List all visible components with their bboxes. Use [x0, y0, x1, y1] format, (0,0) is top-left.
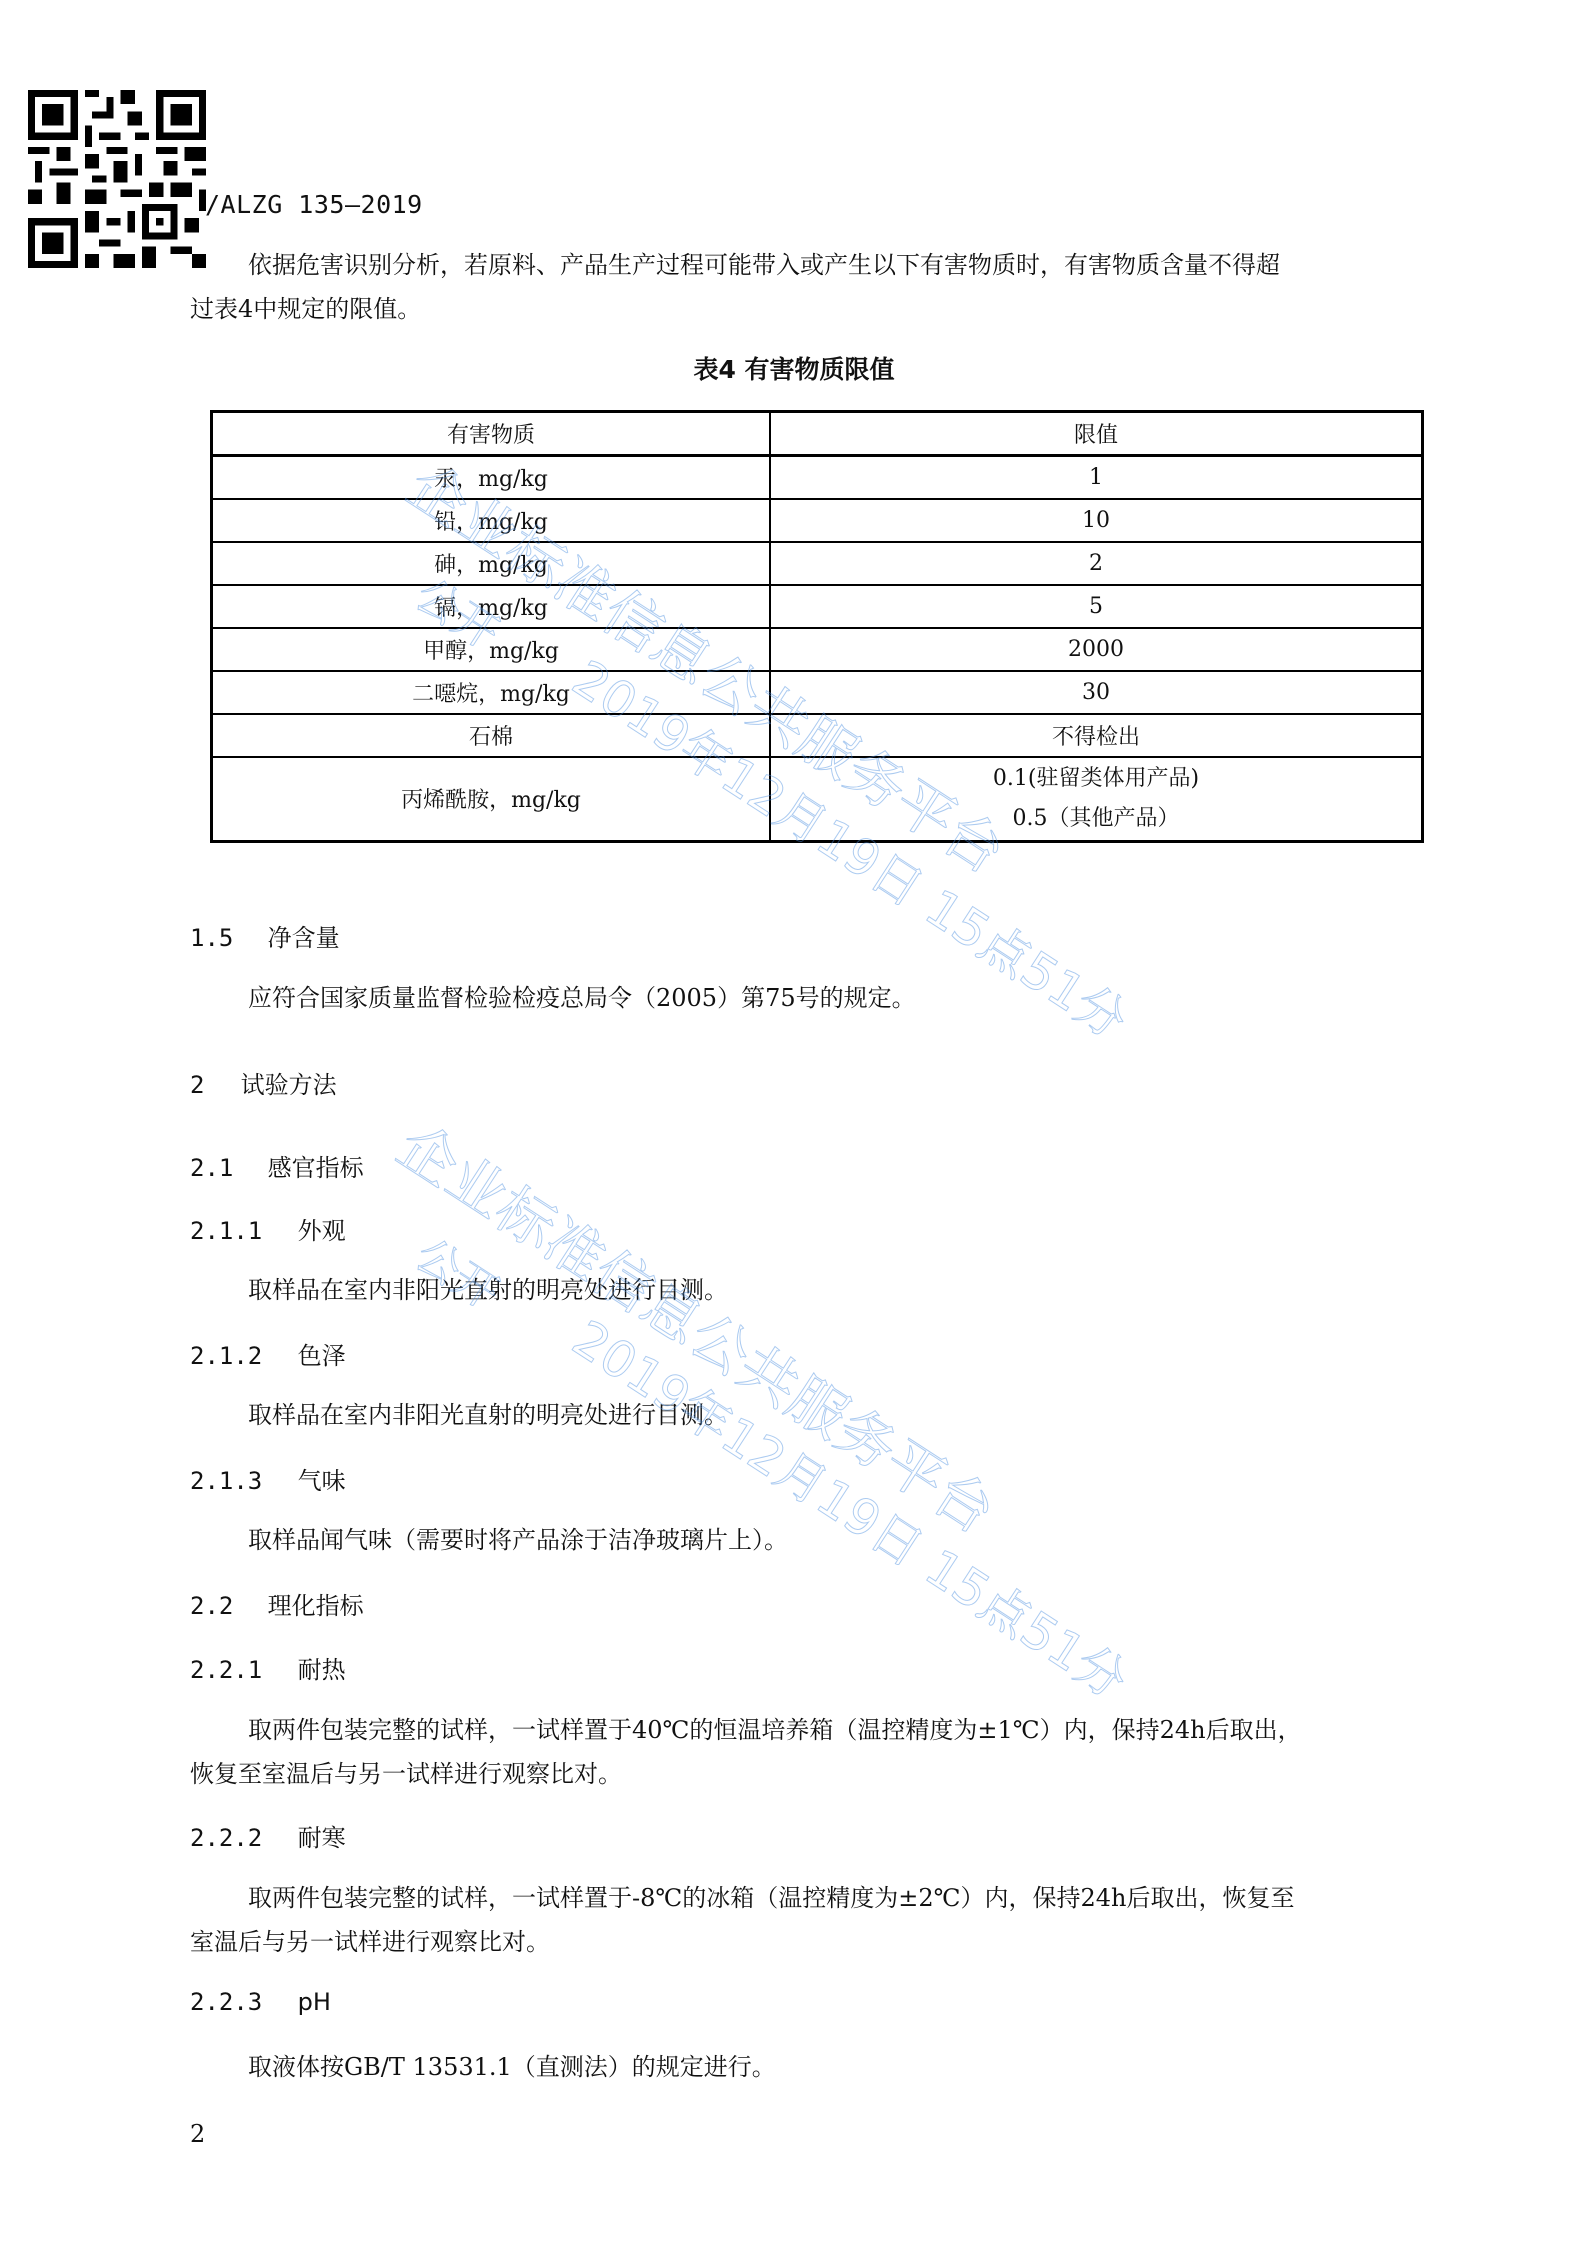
table-row: 甲醇，mg/kg2000 — [212, 628, 1423, 671]
section-number: 1.5 — [190, 924, 260, 952]
watermark-platform: 企业标准信息公共服务平台 — [384, 1100, 1013, 1550]
section-number: 2.2.2 — [190, 1824, 290, 1852]
hazardous-substances-table: 有害物质 限值 汞，mg/kg1 铅，mg/kg10 砷，mg/kg2 镉，mg… — [210, 410, 1424, 843]
column-header-limit: 限值 — [770, 412, 1423, 456]
body-2-1-2: 取样品在室内非阳光直射的明亮处进行目测。 — [190, 1393, 728, 1437]
table-row: 汞，mg/kg1 — [212, 456, 1423, 500]
heading-2: 2 试验方法 — [190, 1065, 337, 1100]
section-number: 2.2.3 — [190, 1988, 290, 2016]
intro-line-2: 过表4中规定的限值。 — [190, 287, 1450, 331]
section-number: 2.1.2 — [190, 1342, 290, 1370]
table-row: 铅，mg/kg10 — [212, 499, 1423, 542]
limit-cell: 10 — [770, 499, 1423, 542]
table-row: 镉，mg/kg5 — [212, 585, 1423, 628]
substance-cell: 石棉 — [212, 714, 771, 757]
limit-cell: 1 — [770, 456, 1423, 500]
section-title: pH — [298, 1988, 331, 2016]
page-number: 2 — [190, 2120, 205, 2148]
limit-line-other: 0.5（其他产品） — [771, 799, 1421, 839]
section-title: 感官指标 — [268, 1154, 364, 1182]
heading-2-2-2: 2.2.2 耐寒 — [190, 1818, 346, 1853]
column-header-substance: 有害物质 — [212, 412, 771, 456]
heading-2-2-3: 2.2.3 pH — [190, 1988, 331, 2016]
section-title: 气味 — [298, 1467, 346, 1495]
heading-2-2: 2.2 理化指标 — [190, 1586, 364, 1621]
substance-cell: 铅，mg/kg — [212, 499, 771, 542]
intro-paragraph: 依据危害识别分析，若原料、产品生产过程可能带入或产生以下有害物质时，有害物质含量… — [190, 243, 1450, 331]
section-title: 试验方法 — [241, 1071, 337, 1099]
qr-code-icon — [28, 90, 206, 268]
heading-2-1-2: 2.1.2 色泽 — [190, 1336, 346, 1371]
intro-line-1: 依据危害识别分析，若原料、产品生产过程可能带入或产生以下有害物质时，有害物质含量… — [190, 243, 1450, 287]
section-title: 外观 — [298, 1217, 346, 1245]
heading-2-1-1: 2.1.1 外观 — [190, 1211, 346, 1246]
section-number: 2.1.3 — [190, 1467, 290, 1495]
heading-2-1-3: 2.1.3 气味 — [190, 1461, 346, 1496]
body-line: 恢复至室温后与另一试样进行观察比对。 — [190, 1752, 1460, 1796]
substance-cell: 丙烯酰胺，mg/kg — [212, 757, 771, 841]
limit-cell: 5 — [770, 585, 1423, 628]
body-line: 取两件包装完整的试样，一试样置于40℃的恒温培养箱（温控精度为±1℃）内，保持2… — [190, 1708, 1460, 1752]
watermark-datetime: 2019年12月19日 15点51分 — [561, 1300, 1143, 1713]
section-title: 理化指标 — [268, 1592, 364, 1620]
table-row: 丙烯酰胺，mg/kg 0.1(驻留类体用产品) 0.5（其他产品） — [212, 757, 1423, 841]
substance-cell: 甲醇，mg/kg — [212, 628, 771, 671]
body-2-2-1: 取两件包装完整的试样，一试样置于40℃的恒温培养箱（温控精度为±1℃）内，保持2… — [190, 1708, 1460, 1796]
body-2-2-2: 取两件包装完整的试样，一试样置于-8℃的冰箱（温控精度为±2℃）内，保持24h后… — [190, 1876, 1460, 1964]
section-number: 2.2 — [190, 1592, 260, 1620]
heading-1-5: 1.5 净含量 — [190, 918, 340, 953]
substance-cell: 镉，mg/kg — [212, 585, 771, 628]
limit-cell: 不得检出 — [770, 714, 1423, 757]
table-row: 二噁烷，mg/kg30 — [212, 671, 1423, 714]
substance-cell: 汞，mg/kg — [212, 456, 771, 500]
heading-2-1: 2.1 感官指标 — [190, 1148, 364, 1183]
limit-cell: 2 — [770, 542, 1423, 585]
standard-code: /ALZG 135—2019 — [205, 190, 423, 219]
section-title: 色泽 — [298, 1342, 346, 1370]
limit-cell: 0.1(驻留类体用产品) 0.5（其他产品） — [770, 757, 1423, 841]
section-number: 2.1.1 — [190, 1217, 290, 1245]
table-row: 石棉不得检出 — [212, 714, 1423, 757]
section-number: 2.1 — [190, 1154, 260, 1182]
table-row: 砷，mg/kg2 — [212, 542, 1423, 585]
table-header-row: 有害物质 限值 — [212, 412, 1423, 456]
substance-cell: 砷，mg/kg — [212, 542, 771, 585]
substance-cell: 二噁烷，mg/kg — [212, 671, 771, 714]
limit-cell: 30 — [770, 671, 1423, 714]
section-title: 净含量 — [268, 924, 340, 952]
body-line: 取两件包装完整的试样，一试样置于-8℃的冰箱（温控精度为±2℃）内，保持24h后… — [190, 1876, 1460, 1920]
limit-cell: 2000 — [770, 628, 1423, 671]
table-caption: 表4 有害物质限值 — [0, 350, 1588, 386]
section-title: 耐热 — [298, 1656, 346, 1684]
heading-2-2-1: 2.2.1 耐热 — [190, 1650, 346, 1685]
body-line: 室温后与另一试样进行观察比对。 — [190, 1920, 1460, 1964]
limit-line-leave-on: 0.1(驻留类体用产品) — [771, 759, 1421, 799]
body-1-5: 应符合国家质量监督检验检疫总局令（2005）第75号的规定。 — [190, 976, 916, 1020]
section-number: 2.2.1 — [190, 1656, 290, 1684]
body-2-1-1: 取样品在室内非阳光直射的明亮处进行目测。 — [190, 1268, 728, 1312]
body-2-2-3: 取液体按GB/T 13531.1（直测法）的规定进行。 — [190, 2045, 776, 2089]
body-2-1-3: 取样品闻气味（需要时将产品涂于洁净玻璃片上）。 — [190, 1518, 788, 1562]
section-number: 2 — [190, 1071, 233, 1099]
section-title: 耐寒 — [298, 1824, 346, 1852]
